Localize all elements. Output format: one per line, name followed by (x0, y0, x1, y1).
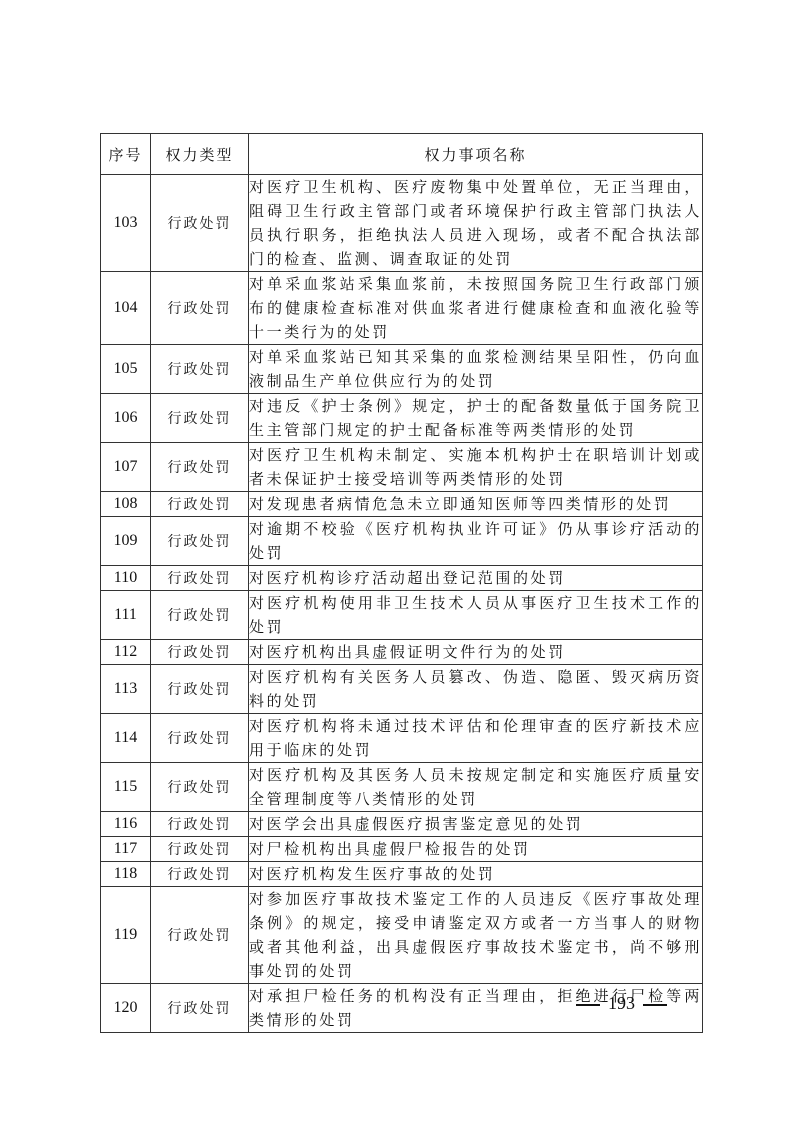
power-type-cell: 行政处罚 (151, 887, 249, 984)
table-row: 117行政处罚对尸检机构出具虚假尸检报告的处罚 (101, 837, 703, 862)
header-power-type: 权力类型 (151, 134, 249, 175)
power-item-name-cell: 对医学会出具虚假医疗损害鉴定意见的处罚 (249, 812, 703, 837)
table-row: 108行政处罚对发现患者病情危急未立即通知医师等四类情形的处罚 (101, 492, 703, 517)
power-type-cell: 行政处罚 (151, 763, 249, 812)
power-type-cell: 行政处罚 (151, 837, 249, 862)
power-item-name-cell: 对逾期不校验《医疗机构执业许可证》仍从事诊疗活动的处罚 (249, 517, 703, 566)
power-type-cell: 行政处罚 (151, 492, 249, 517)
power-items-table: 序号 权力类型 权力事项名称 103行政处罚对医疗卫生机构、医疗废物集中处置单位… (100, 133, 703, 1033)
power-item-name-cell: 对医疗机构诊疗活动超出登记范围的处罚 (249, 566, 703, 591)
power-item-name-cell: 对单采血浆站采集血浆前，未按照国务院卫生行政部门颁布的健康检查标准对供血浆者进行… (249, 272, 703, 345)
table-row: 114行政处罚对医疗机构将未通过技术评估和伦理审查的医疗新技术应用于临床的处罚 (101, 714, 703, 763)
power-item-name-cell: 对参加医疗事故技术鉴定工作的人员违反《医疗事故处理条例》的规定，接受申请鉴定双方… (249, 887, 703, 984)
serial-number-cell: 104 (101, 272, 151, 345)
power-type-cell: 行政处罚 (151, 394, 249, 443)
table-row: 113行政处罚对医疗机构有关医务人员篡改、伪造、隐匿、毁灭病历资料的处罚 (101, 665, 703, 714)
power-type-cell: 行政处罚 (151, 812, 249, 837)
power-item-name-cell: 对发现患者病情危急未立即通知医师等四类情形的处罚 (249, 492, 703, 517)
power-type-cell: 行政处罚 (151, 345, 249, 394)
header-power-item-name: 权力事项名称 (249, 134, 703, 175)
table-row: 115行政处罚对医疗机构及其医务人员未按规定制定和实施医疗质量安全管理制度等八类… (101, 763, 703, 812)
power-type-cell: 行政处罚 (151, 517, 249, 566)
header-serial-number: 序号 (101, 134, 151, 175)
serial-number-cell: 116 (101, 812, 151, 837)
power-item-name-cell: 对医疗卫生机构未制定、实施本机构护士在职培训计划或者未保证护士接受培训等两类情形… (249, 443, 703, 492)
power-item-name-cell: 对医疗机构出具虚假证明文件行为的处罚 (249, 640, 703, 665)
power-item-name-cell: 对医疗机构将未通过技术评估和伦理审查的医疗新技术应用于临床的处罚 (249, 714, 703, 763)
page-number: 193 (608, 993, 635, 1013)
dash-left (576, 1004, 600, 1006)
table-row: 106行政处罚对违反《护士条例》规定，护士的配备数量低于国务院卫生主管部门规定的… (101, 394, 703, 443)
power-type-cell: 行政处罚 (151, 591, 249, 640)
power-type-cell: 行政处罚 (151, 175, 249, 272)
power-type-cell: 行政处罚 (151, 984, 249, 1033)
serial-number-cell: 113 (101, 665, 151, 714)
serial-number-cell: 107 (101, 443, 151, 492)
table-row: 103行政处罚对医疗卫生机构、医疗废物集中处置单位，无正当理由，阻碍卫生行政主管… (101, 175, 703, 272)
table-row: 110行政处罚对医疗机构诊疗活动超出登记范围的处罚 (101, 566, 703, 591)
power-type-cell: 行政处罚 (151, 665, 249, 714)
table-row: 109行政处罚对逾期不校验《医疗机构执业许可证》仍从事诊疗活动的处罚 (101, 517, 703, 566)
dash-right (643, 1004, 667, 1006)
serial-number-cell: 110 (101, 566, 151, 591)
table-row: 104行政处罚对单采血浆站采集血浆前，未按照国务院卫生行政部门颁布的健康检查标准… (101, 272, 703, 345)
serial-number-cell: 120 (101, 984, 151, 1033)
serial-number-cell: 115 (101, 763, 151, 812)
table-row: 118行政处罚对医疗机构发生医疗事故的处罚 (101, 862, 703, 887)
power-item-name-cell: 对医疗机构及其医务人员未按规定制定和实施医疗质量安全管理制度等八类情形的处罚 (249, 763, 703, 812)
table-header-row: 序号 权力类型 权力事项名称 (101, 134, 703, 175)
document-page: 序号 权力类型 权力事项名称 103行政处罚对医疗卫生机构、医疗废物集中处置单位… (0, 0, 793, 1122)
power-item-name-cell: 对医疗机构有关医务人员篡改、伪造、隐匿、毁灭病历资料的处罚 (249, 665, 703, 714)
table-row: 112行政处罚对医疗机构出具虚假证明文件行为的处罚 (101, 640, 703, 665)
power-type-cell: 行政处罚 (151, 566, 249, 591)
power-item-name-cell: 对尸检机构出具虚假尸检报告的处罚 (249, 837, 703, 862)
power-item-name-cell: 对单采血浆站已知其采集的血浆检测结果呈阳性，仍向血液制品生产单位供应行为的处罚 (249, 345, 703, 394)
table-row: 116行政处罚对医学会出具虚假医疗损害鉴定意见的处罚 (101, 812, 703, 837)
power-item-name-cell: 对医疗机构发生医疗事故的处罚 (249, 862, 703, 887)
power-item-name-cell: 对医疗机构使用非卫生技术人员从事医疗卫生技术工作的处罚 (249, 591, 703, 640)
serial-number-cell: 109 (101, 517, 151, 566)
power-type-cell: 行政处罚 (151, 714, 249, 763)
power-type-cell: 行政处罚 (151, 862, 249, 887)
power-item-name-cell: 对违反《护士条例》规定，护士的配备数量低于国务院卫生主管部门规定的护士配备标准等… (249, 394, 703, 443)
serial-number-cell: 103 (101, 175, 151, 272)
serial-number-cell: 118 (101, 862, 151, 887)
serial-number-cell: 112 (101, 640, 151, 665)
table-row: 105行政处罚对单采血浆站已知其采集的血浆检测结果呈阳性，仍向血液制品生产单位供… (101, 345, 703, 394)
serial-number-cell: 117 (101, 837, 151, 862)
power-item-name-cell: 对医疗卫生机构、医疗废物集中处置单位，无正当理由，阻碍卫生行政主管部门或者环境保… (249, 175, 703, 272)
table-row: 107行政处罚对医疗卫生机构未制定、实施本机构护士在职培训计划或者未保证护士接受… (101, 443, 703, 492)
power-type-cell: 行政处罚 (151, 272, 249, 345)
page-footer: 193 (568, 993, 675, 1014)
table-row: 119行政处罚对参加医疗事故技术鉴定工作的人员违反《医疗事故处理条例》的规定，接… (101, 887, 703, 984)
table-row: 111行政处罚对医疗机构使用非卫生技术人员从事医疗卫生技术工作的处罚 (101, 591, 703, 640)
serial-number-cell: 106 (101, 394, 151, 443)
serial-number-cell: 108 (101, 492, 151, 517)
serial-number-cell: 105 (101, 345, 151, 394)
serial-number-cell: 119 (101, 887, 151, 984)
power-type-cell: 行政处罚 (151, 443, 249, 492)
serial-number-cell: 111 (101, 591, 151, 640)
power-type-cell: 行政处罚 (151, 640, 249, 665)
serial-number-cell: 114 (101, 714, 151, 763)
